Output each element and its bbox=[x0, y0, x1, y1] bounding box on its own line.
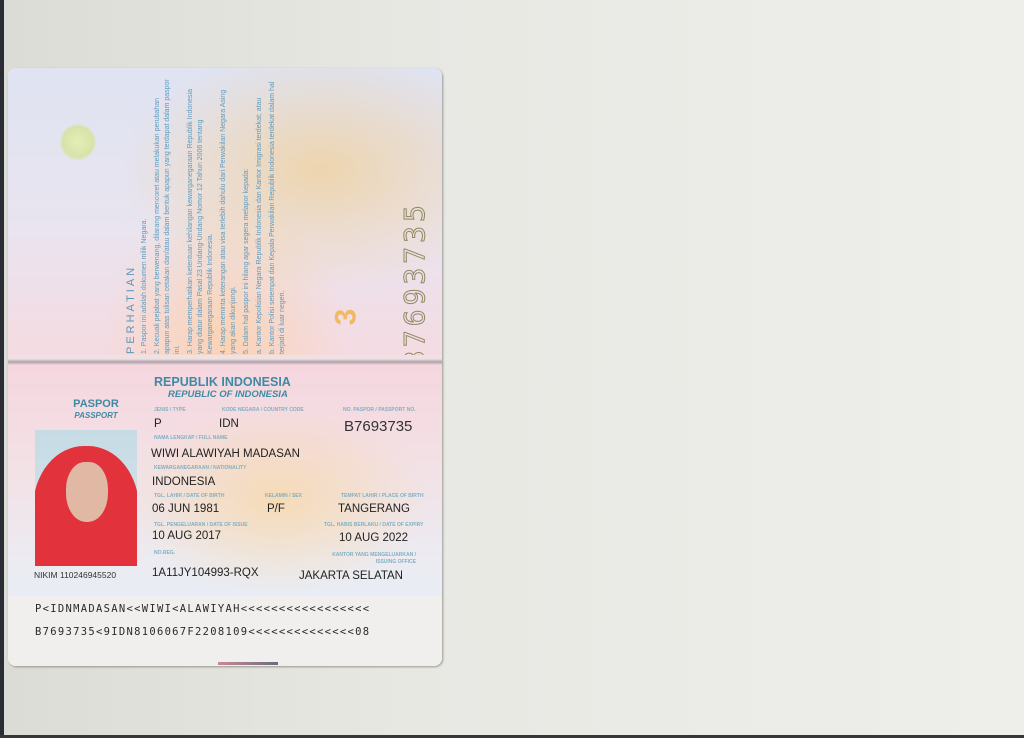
faint-marking bbox=[813, 634, 908, 686]
country-name: REPUBLIK INDONESIA bbox=[154, 375, 291, 389]
notice-item: 3. Harap memperhatikan ketentuan kehilan… bbox=[186, 74, 216, 354]
mrz-line-2: B7693735<9IDN8106067F2208109<<<<<<<<<<<<… bbox=[35, 626, 370, 638]
notice-item: 1. Paspor ini adalah dokumen milik Negar… bbox=[140, 74, 150, 354]
reg-no-label: NO.REG. bbox=[154, 550, 175, 556]
country-code-label: KODE NEGARA / COUNTRY CODE bbox=[222, 407, 304, 413]
notice-item: b. Kantor Polisi setempat dan Kepala Per… bbox=[268, 74, 288, 354]
issue-date-label: TGL. PENGELUARAN / DATE OF ISSUE bbox=[154, 522, 248, 528]
mrz-line-1: P<IDNMADASAN<<WIWI<ALAWIYAH<<<<<<<<<<<<<… bbox=[35, 603, 370, 615]
pob-label: TEMPAT LAHIR / PLACE OF BIRTH bbox=[341, 493, 424, 499]
photo-face bbox=[66, 462, 108, 522]
document-title: PASPOR bbox=[66, 398, 126, 410]
issuing-office-label: KANTOR YANG MENGELUARKAN / ISSUING OFFIC… bbox=[326, 552, 416, 566]
country-code-value: IDN bbox=[219, 418, 239, 430]
expiry-date-value: 10 AUG 2022 bbox=[339, 532, 408, 544]
dob-value: 06 JUN 1981 bbox=[152, 503, 219, 515]
passport-no-value: B7693735 bbox=[344, 418, 412, 435]
nationality-label: KEWARGANEGARAAN / NATIONALITY bbox=[154, 465, 246, 471]
garuda-emblem-icon bbox=[60, 124, 96, 160]
passport-no-label: NO. PASPOR / PASSPORT NO. bbox=[343, 407, 416, 413]
mrz-zone: P<IDNMADASAN<<WIWI<ALAWIYAH<<<<<<<<<<<<<… bbox=[8, 596, 442, 666]
issuing-office-value: JAKARTA SELATAN bbox=[299, 570, 403, 582]
scanner-edge bbox=[0, 0, 4, 738]
notice-title: PERHATIAN bbox=[126, 74, 136, 354]
notice-item: 2. Kecuali pejabat yang berwenang, dilar… bbox=[153, 74, 183, 354]
reg-no-value: 1A11JY104993-RQX bbox=[152, 567, 259, 579]
nationality-value: INDONESIA bbox=[152, 476, 215, 488]
perforated-passport-number: B7693735 bbox=[398, 168, 422, 368]
passport-document: PERHATIAN 1. Paspor ini adalah dokumen m… bbox=[8, 68, 442, 666]
expiry-date-label: TGL. HABIS BERLAKU / DATE OF EXPIRY bbox=[324, 522, 423, 528]
dob-label: TGL. LAHIR / DATE OF BIRTH bbox=[154, 493, 224, 499]
full-name-label: NAMA LENGKAP / FULL NAME bbox=[154, 435, 228, 441]
full-name-value: WIWI ALAWIYAH MADASAN bbox=[151, 448, 300, 460]
page-fold bbox=[8, 355, 442, 365]
nikim-number: NIKIM 110246945520 bbox=[34, 570, 116, 580]
type-value: P bbox=[154, 418, 162, 430]
country-name-en: REPUBLIC OF INDONESIA bbox=[168, 389, 288, 400]
pob-value: TANGERANG bbox=[338, 503, 410, 515]
notice-item: 5. Dalam hal paspor ini hilang agar sege… bbox=[242, 74, 252, 354]
notice-item: a. Kantor Kepolisian Negara Republik Ind… bbox=[255, 74, 265, 354]
page-number: 3 bbox=[329, 309, 363, 326]
sex-label: KELAMIN / SEX bbox=[265, 493, 302, 499]
notice-page: PERHATIAN 1. Paspor ini adalah dokumen m… bbox=[8, 68, 442, 358]
notice-item: 4. Harap meminta keterangan atau visa te… bbox=[219, 74, 239, 354]
document-title-en: PASSPORT bbox=[66, 411, 126, 420]
holder-photo bbox=[35, 430, 137, 566]
issue-date-value: 10 AUG 2017 bbox=[152, 530, 221, 542]
type-label: JENIS / TYPE bbox=[154, 407, 186, 413]
sex-value: P/F bbox=[267, 503, 285, 515]
notice-block: PERHATIAN 1. Paspor ini adalah dokumen m… bbox=[126, 74, 406, 354]
binding-strip bbox=[218, 662, 278, 665]
